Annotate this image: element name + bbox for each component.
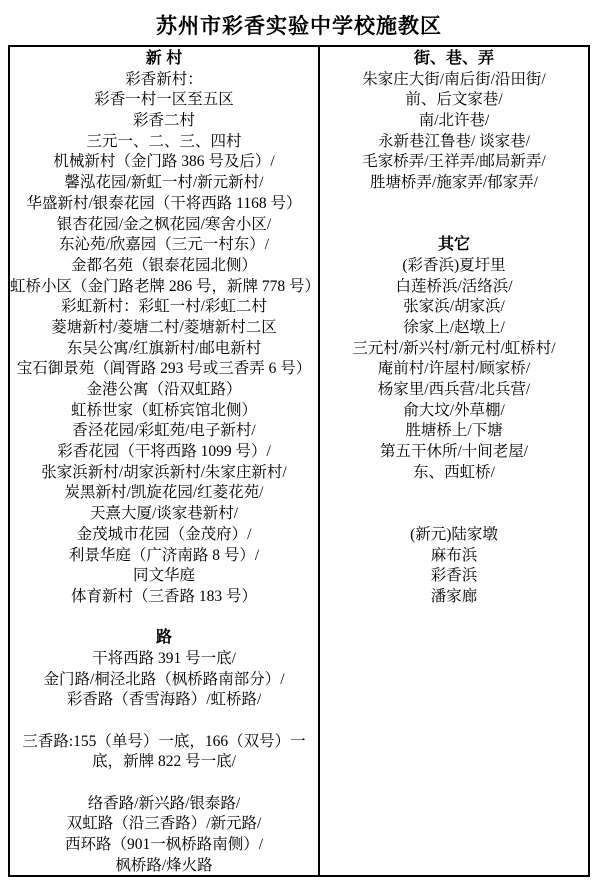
entry-line: 宝石御景苑（阊胥路 293 号或三香弄 6 号） <box>10 359 318 380</box>
entry-line: 利景华庭（广济南路 8 号）/ <box>10 546 318 567</box>
section-header: 路 <box>10 628 318 649</box>
entry-line: 前、后文家巷/ <box>320 90 588 111</box>
entry-line: 三香路:155（单号）一底，166（双号）一 <box>10 732 318 753</box>
entry-line: 金门路/桐泾北路（枫桥路南部分）/ <box>10 670 318 691</box>
entry-line: 彩香花园（干将西路 1099 号）/ <box>10 442 318 463</box>
entry-line: 底，新牌 822 号一底/ <box>10 752 318 773</box>
entry-line: 香泾花园/彩虹苑/电子新村/ <box>10 421 318 442</box>
entry-line: 彩香一村一区至五区 <box>10 90 318 111</box>
entry-line: 三元村/新兴村/新元村/虹桥村/ <box>320 339 588 360</box>
entry-line: 金港公寓（沿双虹路） <box>10 380 318 401</box>
entry-line: 虹桥世家（虹桥宾馆北侧） <box>10 401 318 422</box>
blank-line <box>320 483 588 504</box>
entry-line: 朱家庄大街/南后街/沿田街/ <box>320 70 588 91</box>
entry-line: 东吴公寓/红旗新村/邮电新村 <box>10 339 318 360</box>
entry-line: 徐家上/赵墩上/ <box>320 318 588 339</box>
entry-line: (彩香浜)夏圩里 <box>320 256 588 277</box>
blank-line <box>320 504 588 525</box>
entry-line: 西环路（901一枫桥路南侧）/ <box>10 835 318 856</box>
entry-line: 张家浜/胡家浜/ <box>320 297 588 318</box>
entry-line: 彩香浜 <box>320 566 588 587</box>
entry-line: 胜塘桥弄/施家弄/郁家弄/ <box>320 173 588 194</box>
entry-line: 彩虹新村：彩虹一村/彩虹二村 <box>10 297 318 318</box>
district-table: 新 村彩香新村：彩香一村一区至五区彩香二村三元一、二、三、四村机械新村（金门路 … <box>8 45 590 877</box>
entry-line: 南/北许巷/ <box>320 111 588 132</box>
entry-line: 庵前村/许屋村/顾家桥/ <box>320 359 588 380</box>
entry-line: 东、西虹桥/ <box>320 463 588 484</box>
blank-line <box>10 608 318 629</box>
entry-line: 菱塘新村/菱塘二村/菱塘新村二区 <box>10 318 318 339</box>
section-header: 其它 <box>320 235 588 256</box>
section-header: 新 村 <box>10 49 318 70</box>
entry-line: 彩香路（香雪海路）/虹桥路/ <box>10 690 318 711</box>
entry-line: 东沁苑/欣嘉园（三元一村东）/ <box>10 235 318 256</box>
entry-line: 金茂城市花园（金茂府）/ <box>10 525 318 546</box>
entry-line: 三元一、二、三、四村 <box>10 132 318 153</box>
entry-line: 炭黑新村/凯旋花园/红菱花苑/ <box>10 483 318 504</box>
entry-line: 杨家里/西兵营/北兵营/ <box>320 380 588 401</box>
entry-line: 天熹大厦/谈家巷新村/ <box>10 504 318 525</box>
entry-line: 华盛新村/银泰花园（干将西路 1168 号） <box>10 194 318 215</box>
section-header: 街、巷、弄 <box>320 49 588 70</box>
entry-line: 银杏花园/金之枫花园/寒舍小区/ <box>10 215 318 236</box>
entry-line: (新元)陆家墩 <box>320 525 588 546</box>
entry-line: 永新巷江鲁巷/ 谈家巷/ <box>320 132 588 153</box>
column-streets-lanes-alleys-and-others: 街、巷、弄朱家庄大街/南后街/沿田街/前、后文家巷/南/北许巷/永新巷江鲁巷/ … <box>320 47 588 875</box>
column-xincun-and-roads: 新 村彩香新村：彩香一村一区至五区彩香二村三元一、二、三、四村机械新村（金门路 … <box>10 47 320 875</box>
blank-line <box>10 773 318 794</box>
entry-line: 枫桥路/烽火路 <box>10 856 318 875</box>
entry-line: 白莲桥浜/活络浜/ <box>320 277 588 298</box>
page-title: 苏州市彩香实验中学校施教区 <box>0 10 598 40</box>
entry-line: 胜塘桥上/下塘 <box>320 421 588 442</box>
entry-line: 金都名苑（银泰花园北侧） <box>10 256 318 277</box>
blank-line <box>320 194 588 215</box>
blank-line <box>320 215 588 236</box>
entry-line: 体育新村（三香路 183 号） <box>10 587 318 608</box>
entry-line: 同文华庭 <box>10 566 318 587</box>
entry-line: 干将西路 391 号一底/ <box>10 649 318 670</box>
entry-line: 毛家桥弄/王祥弄/邮局新弄/ <box>320 152 588 173</box>
entry-line: 彩香新村： <box>10 70 318 91</box>
document-page: 苏州市彩香实验中学校施教区 新 村彩香新村：彩香一村一区至五区彩香二村三元一、二… <box>0 0 598 887</box>
blank-line <box>10 711 318 732</box>
entry-line: 机械新村（金门路 386 号及后）/ <box>10 152 318 173</box>
entry-line: 双虹路（沿三香路）/新元路/ <box>10 814 318 835</box>
entry-line: 第五干休所/十间老屋/ <box>320 442 588 463</box>
entry-line: 俞大坟/外草棚/ <box>320 401 588 422</box>
entry-line: 馨泓花园/新虹一村/新元新村/ <box>10 173 318 194</box>
entry-line: 络香路/新兴路/银泰路/ <box>10 794 318 815</box>
entry-line: 麻布浜 <box>320 546 588 567</box>
entry-line: 彩香二村 <box>10 111 318 132</box>
entry-line: 虹桥小区（金门路老牌 286 号，新牌 778 号） <box>10 277 318 298</box>
entry-line: 潘家廊 <box>320 587 588 608</box>
entry-line: 张家浜新村/胡家浜新村/朱家庄新村/ <box>10 463 318 484</box>
